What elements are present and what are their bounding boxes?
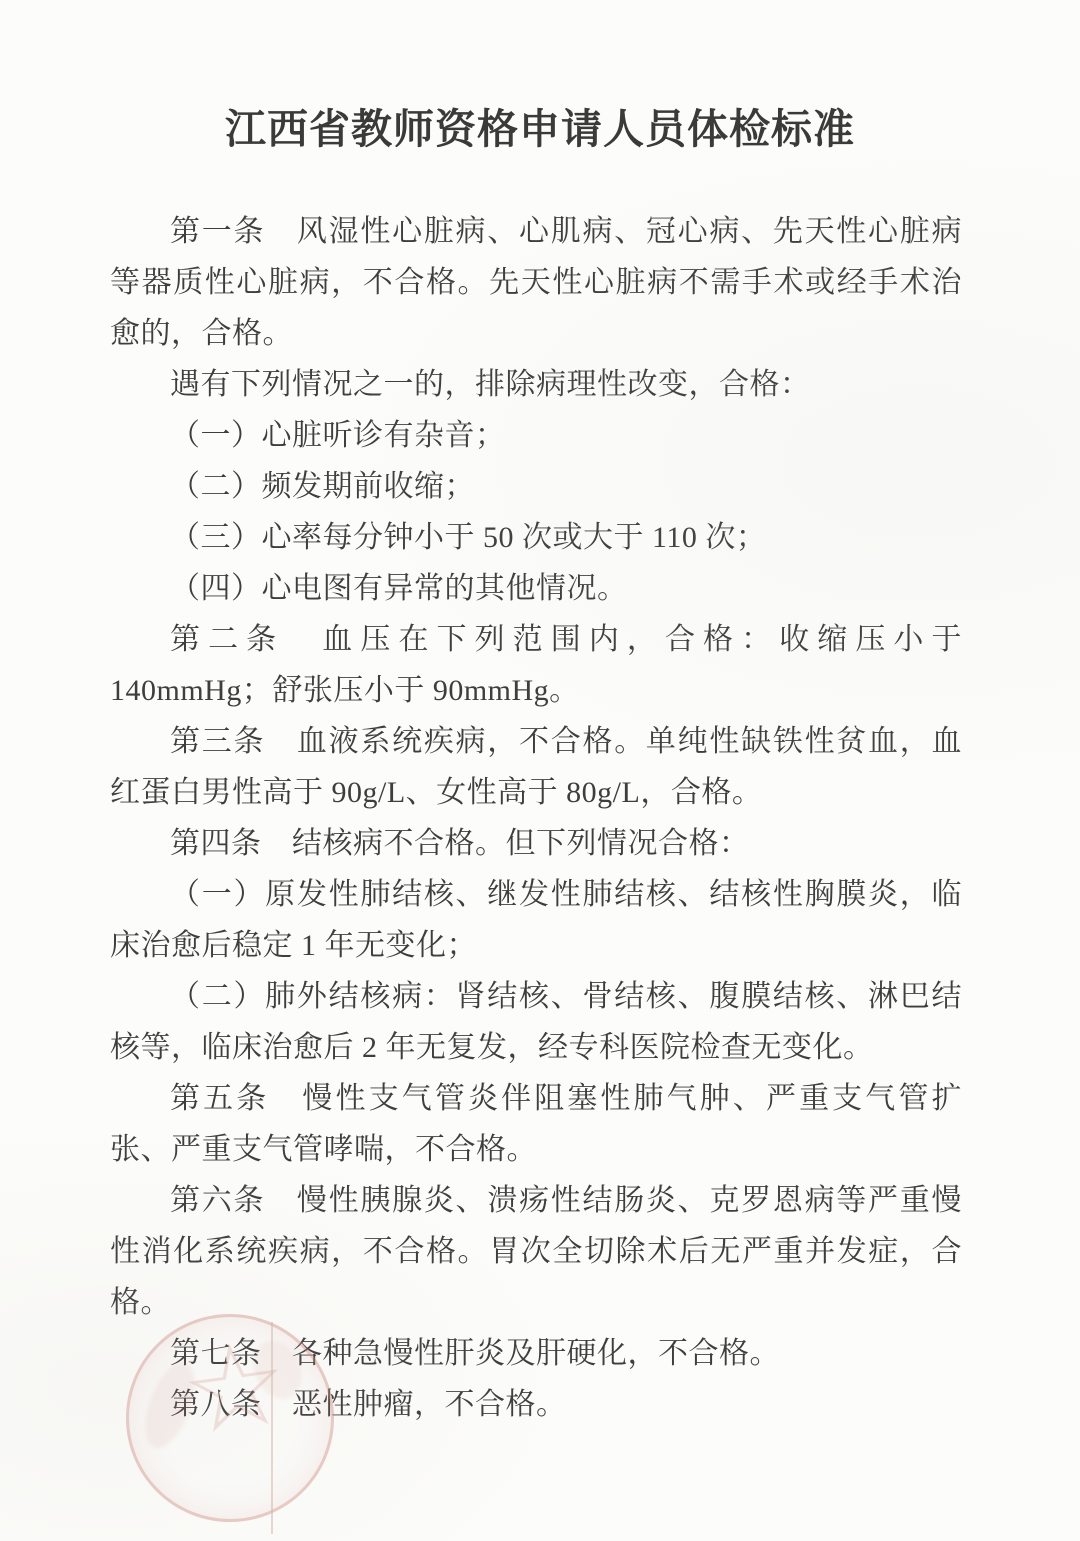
article-4: 第四条 结核病不合格。但下列情况合格： [110,818,962,869]
article-4-item-2: （二）肺外结核病：肾结核、骨结核、腹膜结核、淋巴结核等，临床治愈后 2 年无复发… [110,971,962,1073]
article-4-item-1: （一）原发性肺结核、继发性肺结核、结核性胸膜炎，临床治愈后稳定 1 年无变化； [110,869,962,971]
article-1: 第一条 风湿性心脏病、心肌病、冠心病、先天性心脏病等器质性心脏病，不合格。先天性… [110,206,962,359]
scanned-page: 江西省教师资格申请人员体检标准 第一条 风湿性心脏病、心肌病、冠心病、先天性心脏… [0,0,1080,1541]
article-5: 第五条 慢性支气管炎伴阻塞性肺气肿、严重支气管扩张、严重支气管哮喘，不合格。 [110,1073,962,1175]
article-6: 第六条 慢性胰腺炎、溃疡性结肠炎、克罗恩病等严重慢性消化系统疾病，不合格。胃次全… [110,1175,962,1328]
article-3: 第三条 血液系统疾病，不合格。单纯性缺铁性贫血，血红蛋白男性高于 90g/L、女… [110,716,962,818]
article-1-item-1: （一）心脏听诊有杂音； [110,410,962,461]
document-title: 江西省教师资格申请人员体检标准 [0,96,1080,155]
article-1-item-4: （四）心电图有异常的其他情况。 [110,563,962,614]
article-1-item-2: （二）频发期前收缩； [110,461,962,512]
article-1-note: 遇有下列情况之一的，排除病理性改变，合格： [110,359,962,410]
article-2: 第二条 血压在下列范围内，合格：收缩压小于 140mmHg；舒张压小于 90mm… [110,614,962,716]
paper-crease-line [271,1322,273,1534]
article-1-item-3: （三）心率每分钟小于 50 次或大于 110 次； [110,512,962,563]
star-icon: ☆ [162,1314,309,1461]
document-body: 第一条 风湿性心脏病、心肌病、冠心病、先天性心脏病等器质性心脏病，不合格。先天性… [110,206,962,1430]
